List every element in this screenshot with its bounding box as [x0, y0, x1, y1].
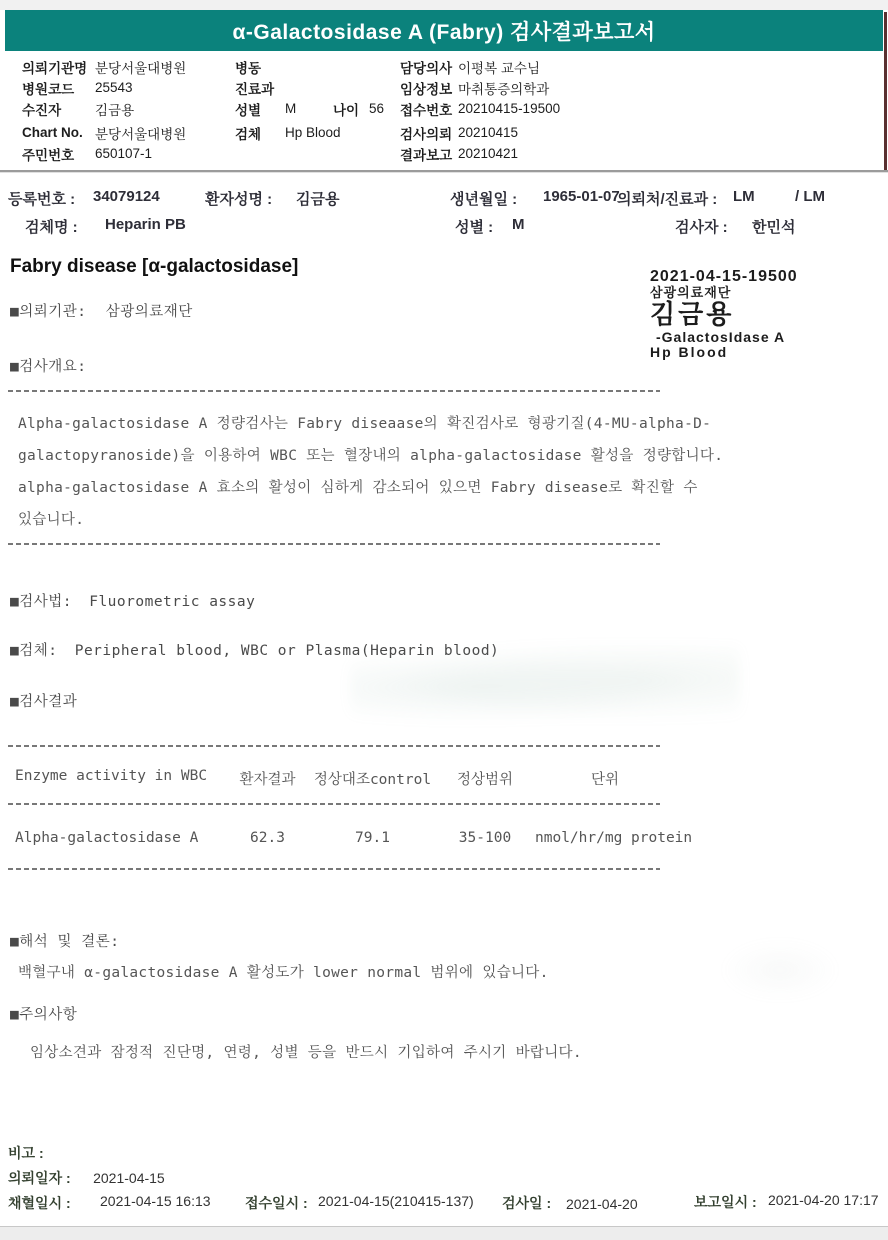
info-label: 주민번호 — [22, 144, 95, 164]
receipt-value: 2021-04-15(210415-137) — [318, 1193, 474, 1209]
col-header-normal-range: 정상범위 — [435, 768, 535, 789]
method-value: Fluorometric assay — [81, 594, 255, 610]
faint-stamp-watermark — [720, 940, 840, 1000]
info-row-sex-age: 성별 M 나이 56 — [235, 98, 384, 119]
dashed-separator — [8, 745, 660, 747]
dept-value-2: / LM — [795, 188, 825, 205]
report-date-label: 보고일시 : — [694, 1192, 757, 1212]
note-row: 비고 : — [8, 1143, 44, 1163]
collection-value: 2021-04-15 16:13 — [100, 1193, 211, 1209]
examiner-label: 검사자 : — [675, 216, 728, 237]
specimen-value: Peripheral blood, WBC or Plasma(Heparin … — [67, 643, 500, 659]
client-section: ■의뢰기관: 삼광의료재단 — [10, 300, 193, 321]
info-row: 주민번호 650107-1 — [22, 143, 186, 164]
info-value: M — [285, 101, 333, 116]
result-section-label: ■검사결과 — [10, 690, 77, 711]
specimen-section: ■검체: Peripheral blood, WBC or Plasma(Hep… — [10, 639, 499, 660]
col-header-unit: 단위 — [535, 768, 675, 789]
info-row: 병동 — [235, 56, 384, 77]
info-value-age: 56 — [369, 101, 384, 116]
info-value: 마취통증의학과 — [458, 78, 549, 98]
overview-line-1: Alpha-galactosidase A 정량검사는 Fabry diseaa… — [18, 412, 711, 433]
info-label: 접수번호 — [400, 99, 458, 119]
caution-label: ■주의사항 — [10, 1003, 77, 1024]
info-label: 임상정보 — [400, 78, 458, 98]
dashed-separator — [8, 803, 660, 805]
col-header-patient-result: 환자결과 — [225, 768, 310, 789]
overview-label: ■검사개요: — [10, 355, 87, 376]
report-date-value: 2021-04-20 17:17 — [768, 1192, 879, 1208]
overview-line-4: 있습니다. — [18, 508, 84, 529]
info-label: Chart No. — [22, 125, 95, 140]
header-divider — [0, 170, 888, 172]
info-value: 분당서울대병원 — [95, 123, 186, 143]
dashed-separator — [8, 390, 660, 392]
info-label: 병원코드 — [22, 78, 95, 98]
stamp-institution: 삼광의료재단 — [650, 286, 798, 301]
stamp-specimen-type: Hp Blood — [650, 345, 798, 361]
sex-value: M — [512, 216, 525, 233]
info-value: 20210415-19500 — [458, 101, 560, 116]
result-control-value: 79.1 — [310, 830, 435, 846]
lab-report-page: α-Galactosidase A (Fabry) 검사결과보고서 의뢰기관명 … — [0, 0, 888, 1240]
info-column-left: 의뢰기관명 분당서울대병원 병원코드 25543 수진자 김금용 Chart N… — [22, 56, 186, 164]
info-value: 20210415 — [458, 125, 518, 140]
info-column-middle: 병동 진료과 성별 M 나이 56 검체 Hp Blood — [235, 56, 384, 143]
examiner-value: 한민석 — [752, 216, 795, 237]
col-header-enzyme: Enzyme activity in WBC — [15, 768, 225, 789]
report-banner: α-Galactosidase A (Fabry) 검사결과보고서 — [5, 10, 883, 51]
stamp-patient-name: 김금용 — [650, 300, 798, 329]
top-strip — [0, 0, 888, 10]
dept-label: 의뢰처/진료과 : — [617, 188, 717, 209]
info-column-right: 담당의사 이평복 교수님 임상정보 마취통증의학과 접수번호 20210415-… — [400, 56, 560, 164]
info-label: 수진자 — [22, 99, 95, 119]
overview-line-3: alpha-galactosidase A 효소의 활성이 심하게 감소되어 있… — [18, 476, 698, 497]
caution-line: 임상소견과 잠정적 진단명, 연령, 성별 등을 반드시 기입하여 주시기 바랍… — [30, 1041, 582, 1062]
specimen-name-value: Heparin PB — [105, 216, 186, 233]
dept-value: LM — [733, 188, 755, 205]
info-value: 김금용 — [95, 99, 134, 119]
info-label: 병동 — [235, 57, 285, 77]
specimen-name-label: 검체명 : — [25, 216, 78, 237]
test-date-value: 2021-04-20 — [566, 1196, 638, 1212]
info-row: 담당의사 이평복 교수님 — [400, 56, 560, 77]
info-label: 의뢰기관명 — [22, 57, 95, 77]
birth-date-label: 생년월일 : — [450, 188, 517, 209]
result-normal-range: 35-100 — [435, 830, 535, 846]
receipt-label: 접수일시 : — [245, 1193, 308, 1213]
reg-no-value: 34079124 — [93, 188, 160, 205]
report-banner-title: α-Galactosidase A (Fabry) 검사결과보고서 — [232, 16, 655, 46]
result-table-row: Alpha-galactosidase A 62.3 79.1 35-100 n… — [15, 830, 675, 846]
result-table-header: Enzyme activity in WBC 환자결과 정상대조control … — [15, 768, 675, 789]
bottom-strip — [0, 1226, 888, 1240]
info-label-age: 나이 — [333, 99, 369, 119]
info-row: 검체 Hp Blood — [235, 122, 384, 143]
info-row: 진료과 — [235, 77, 384, 98]
info-value: 분당서울대병원 — [95, 57, 186, 77]
test-date-label: 검사일 : — [502, 1193, 551, 1213]
info-row: 병원코드 25543 — [22, 77, 186, 98]
reg-no-label: 등록번호 : — [8, 188, 75, 209]
result-unit: nmol/hr/mg protein — [535, 830, 675, 846]
info-value: Hp Blood — [285, 125, 333, 140]
collection-label: 채혈일시 : — [8, 1193, 71, 1213]
info-value: 20210421 — [458, 146, 518, 161]
info-row: Chart No. 분당서울대병원 — [22, 122, 186, 143]
result-enzyme-name: Alpha-galactosidase A — [15, 830, 225, 846]
birth-date-value: 1965-01-07 — [543, 188, 620, 205]
info-row: 수진자 김금용 — [22, 98, 186, 119]
specimen-stamp-block: 2021-04-15-19500 삼광의료재단 김금용 -GalactosIda… — [650, 268, 798, 361]
info-row: 결과보고 20210421 — [400, 143, 560, 164]
info-row: 검사의뢰 20210415 — [400, 122, 560, 143]
request-date-row: 의뢰일자 : 2021-04-15 — [8, 1168, 165, 1188]
method-label: ■검사법: — [10, 594, 72, 610]
info-value: 이평복 교수님 — [458, 57, 540, 77]
info-label: 진료과 — [235, 78, 285, 98]
info-label: 성별 — [235, 99, 285, 119]
request-date-label: 의뢰일자 : — [8, 1170, 71, 1186]
report-title: Fabry disease [α-galactosidase] — [10, 256, 298, 278]
info-row: 의뢰기관명 분당서울대병원 — [22, 56, 186, 77]
info-value: 650107-1 — [95, 146, 152, 161]
info-label: 결과보고 — [400, 144, 458, 164]
info-row: 접수번호 20210415-19500 — [400, 98, 560, 119]
interpretation-line: 백혈구내 α-galactosidase A 활성도가 lower normal… — [18, 961, 549, 982]
sex-label: 성별 : — [455, 216, 493, 237]
stamp-accession-no: 2021-04-15-19500 — [650, 268, 798, 286]
note-label: 비고 : — [8, 1145, 44, 1161]
dashed-separator — [8, 543, 660, 545]
info-value: 25543 — [95, 80, 133, 95]
info-label: 검체 — [235, 123, 285, 143]
client-label: ■의뢰기관: — [10, 304, 87, 320]
info-label: 검사의뢰 — [400, 123, 458, 143]
patient-name-value: 김금용 — [296, 188, 339, 209]
interpretation-label: ■해석 및 결론: — [10, 930, 119, 951]
overview-line-2: galactopyranoside)을 이용하여 WBC 또는 혈장내의 alp… — [18, 444, 723, 465]
result-patient-value: 62.3 — [225, 830, 310, 846]
col-header-normal-control: 정상대조control — [310, 768, 435, 789]
client-value: 삼광의료재단 — [96, 304, 193, 320]
request-date-value: 2021-04-15 — [75, 1170, 165, 1186]
method-section: ■검사법: Fluorometric assay — [10, 590, 255, 611]
info-row: 임상정보 마취통증의학과 — [400, 77, 560, 98]
info-label: 담당의사 — [400, 57, 458, 77]
dashed-separator — [8, 868, 660, 870]
patient-name-label: 환자성명 : — [205, 188, 272, 209]
stamp-test-name: -GalactosIdase A — [650, 330, 798, 346]
specimen-label: ■검체: — [10, 643, 57, 659]
right-edge-mark — [884, 12, 887, 170]
